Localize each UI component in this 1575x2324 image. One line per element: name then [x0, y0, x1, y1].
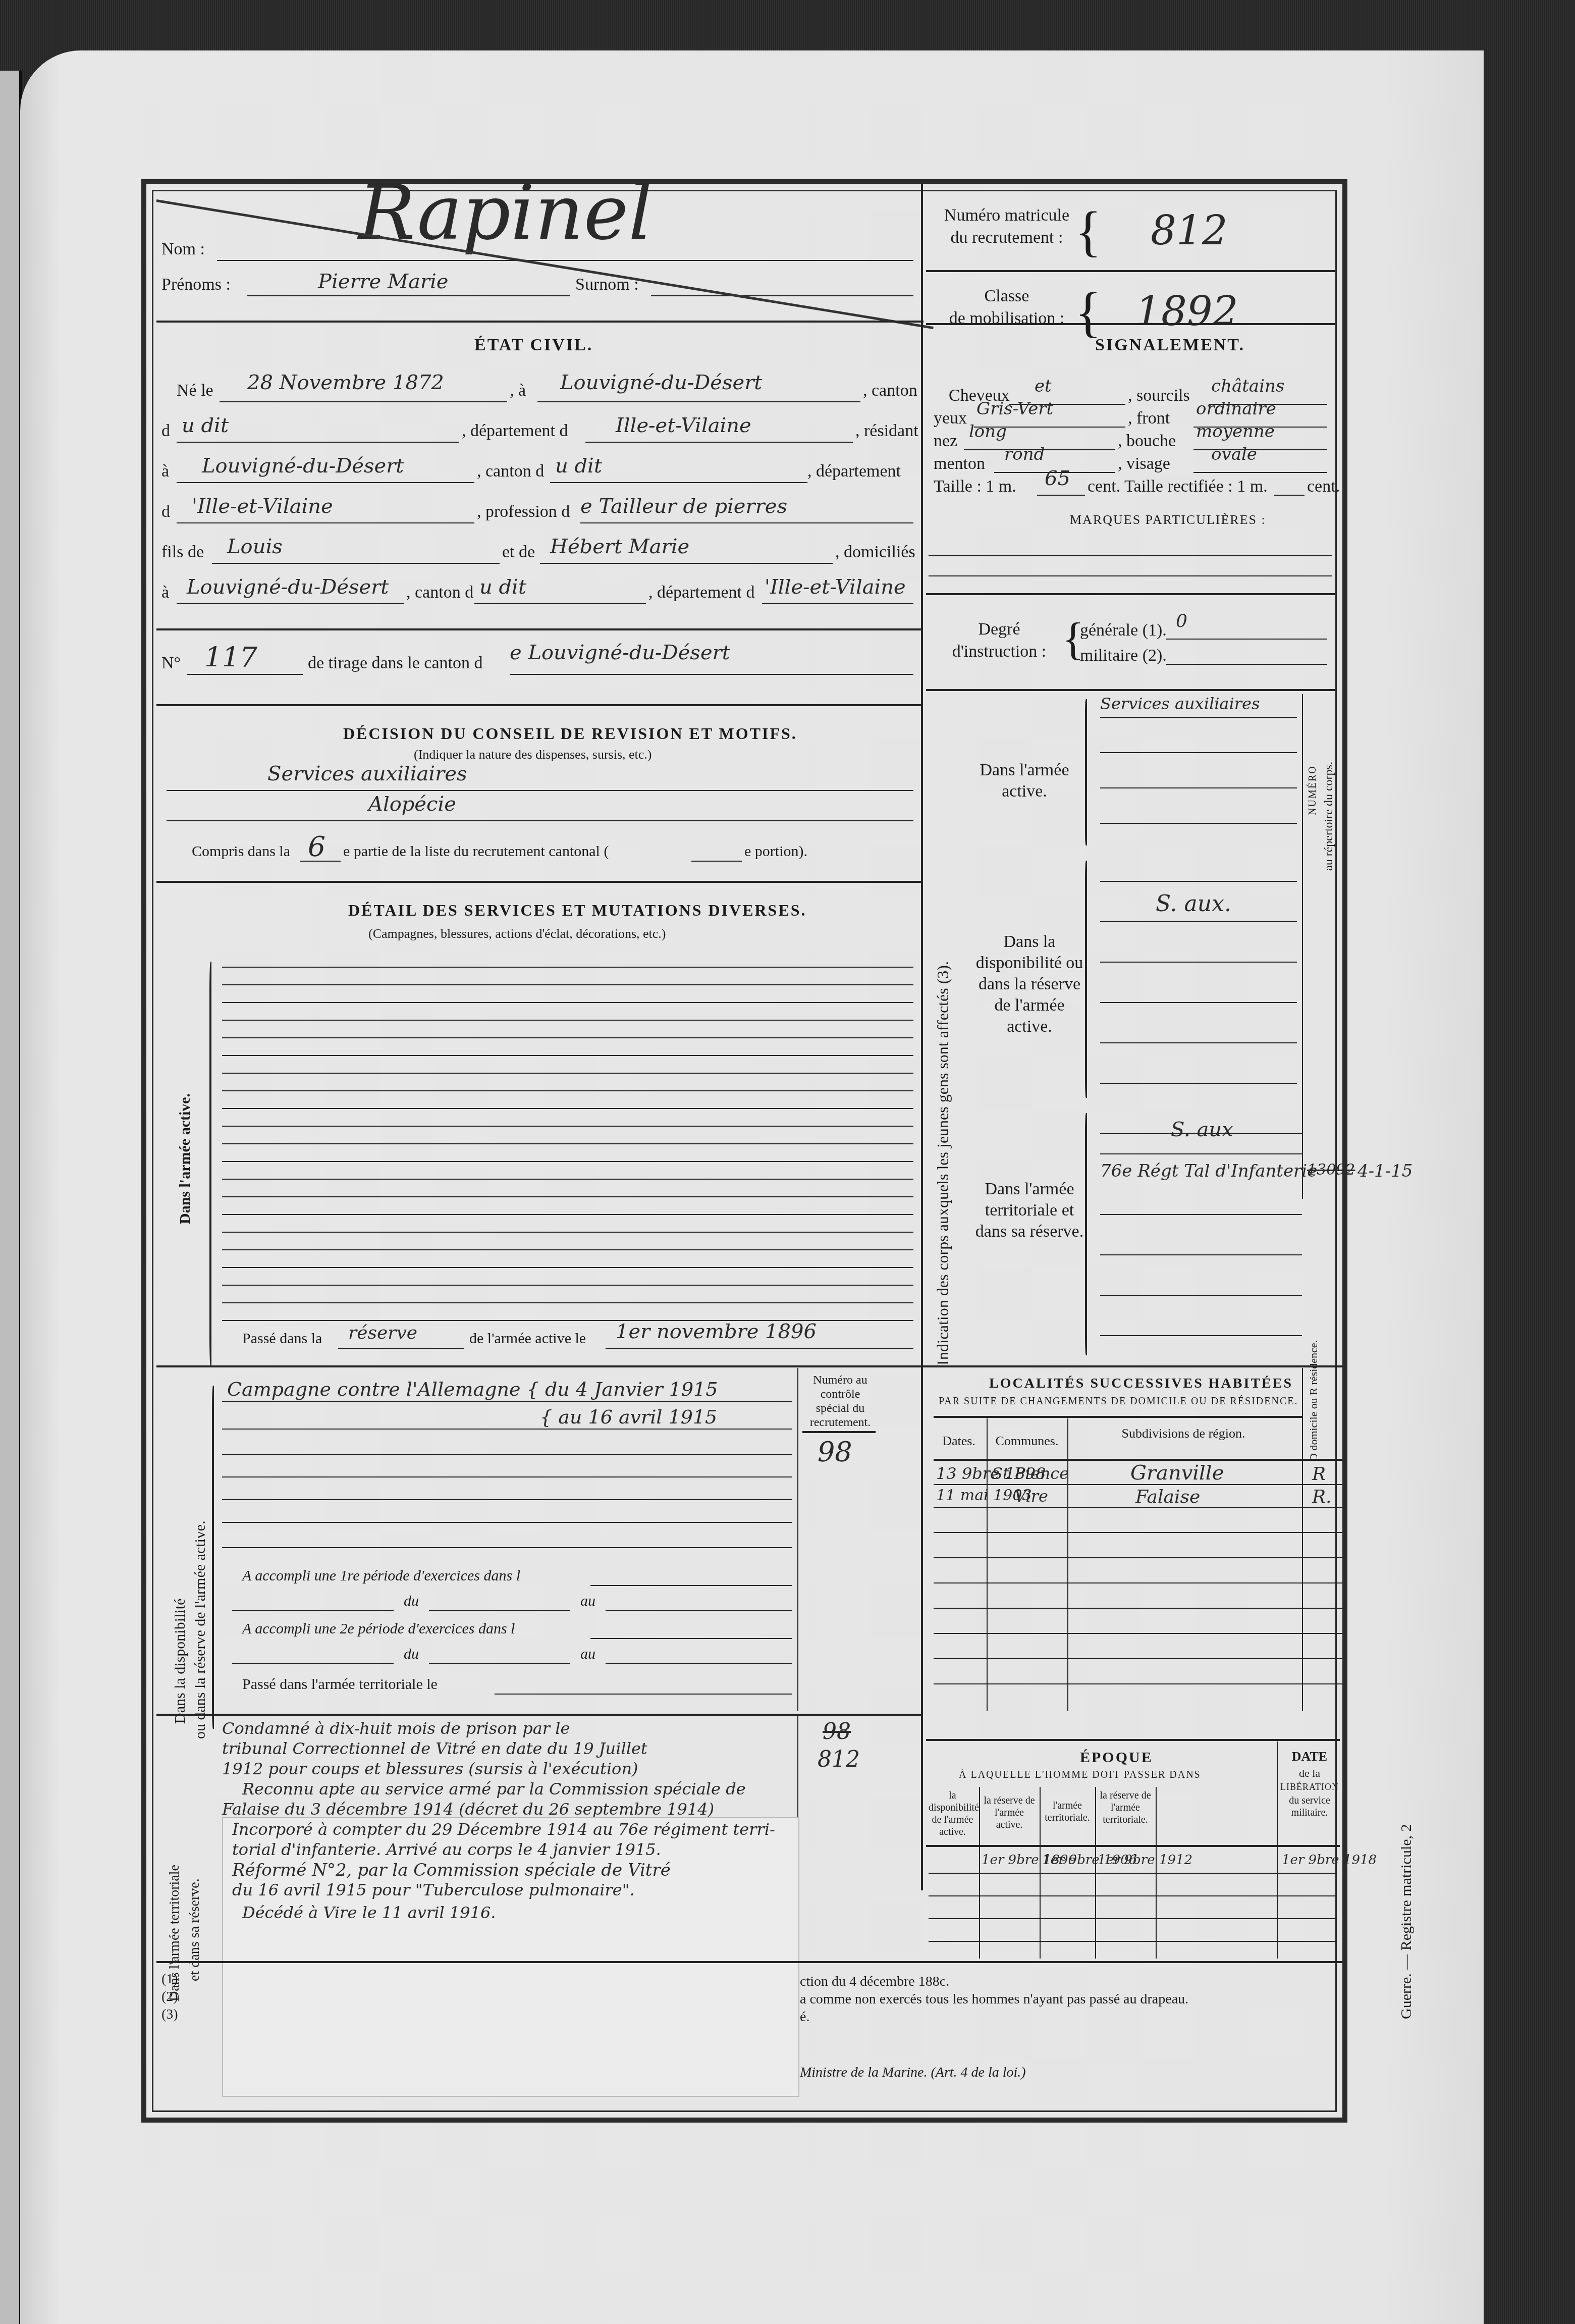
- col-dr: D domicile ou R résidence.: [1307, 1340, 1320, 1461]
- numero-controle-value: 98: [818, 1436, 852, 1468]
- epoque-title: ÉPOQUE: [1080, 1749, 1153, 1766]
- decision-title: DÉCISION DU CONSEIL DE REVISION ET MOTIF…: [343, 724, 797, 743]
- classe-label: Classe: [985, 287, 1029, 305]
- corps-territoriale-label: Dans l'armée territoriale et dans sa rés…: [974, 1179, 1085, 1242]
- yeux-value: Gris-Vert: [976, 399, 1053, 419]
- sourcils-value: châtains: [1211, 376, 1284, 396]
- margin-date-note: 4-1-15: [1357, 1161, 1413, 1181]
- margin-footer: Guerre. — Registre matricule, 2: [1398, 1824, 1415, 2019]
- corps-territoriale-value-1: S. aux: [1171, 1118, 1233, 1141]
- decision-line-2: Alopécie: [368, 793, 456, 816]
- tirage-canton: e Louvigné-du-Désert: [510, 641, 730, 664]
- epoque-reserve-territoriale-value: 1er 9bre 1912: [1098, 1853, 1192, 1868]
- residence-place: Louvigné-du-Désert: [202, 454, 404, 478]
- armee-active-side-label: Dans l'armée active.: [177, 1093, 194, 1224]
- epoque-col-reserve-active: la réserve de l'armée active.: [982, 1794, 1037, 1831]
- birth-place: Louvigné-du-Désert: [560, 371, 762, 394]
- localites-title: LOCALITÉS SUCCESSIVES HABITÉES: [989, 1376, 1293, 1392]
- epoque-col-reserve-territoriale: la réserve de l'armée territoriale.: [1098, 1789, 1153, 1826]
- register-page: Guerre. — Registre matricule, 2 Nom : Ra…: [20, 50, 1484, 2324]
- matricule-value: 812: [1151, 207, 1228, 254]
- col-subdivisions: Subdivisions de région.: [1070, 1426, 1297, 1441]
- adjacent-page-edge: [0, 71, 22, 2324]
- domicile-canton: u dit: [479, 575, 526, 599]
- classe-value: 1892: [1135, 288, 1238, 335]
- etat-civil-title: ÉTAT CIVIL.: [474, 336, 593, 355]
- decision-line-1: Services auxiliaires: [267, 762, 467, 785]
- partie-value: 6: [308, 830, 325, 863]
- front-value: ordinaire: [1196, 399, 1276, 419]
- prenoms-value: Pierre Marie: [318, 270, 448, 293]
- mother-name: Hébert Marie: [550, 535, 689, 558]
- corps-territoriale-value-2: 76e Régt Tal d'Infanterie: [1100, 1161, 1317, 1181]
- corps-vertical-title: Indication des corps auxquels les jeunes…: [934, 961, 952, 1365]
- domicile-place: Louvigné-du-Désert: [187, 575, 389, 599]
- col-communes: Communes.: [989, 1434, 1065, 1449]
- nom-label: Nom :: [161, 240, 205, 259]
- nez-value: long: [969, 421, 1007, 442]
- services-title: DÉTAIL DES SERVICES ET MUTATIONS DIVERSE…: [348, 901, 807, 920]
- passe-reserve-date: 1er novembre 1896: [616, 1320, 817, 1343]
- corps-reserve-label: Dans la disponibilité ou dans la réserve…: [974, 931, 1085, 1037]
- numero-controle-header: Numéro au contrôle spécial du recrutemen…: [802, 1373, 878, 1430]
- corps-active-label: Dans l'armée active.: [974, 760, 1075, 802]
- taille-value: 65: [1045, 467, 1070, 490]
- nom-value: Rapinel: [358, 169, 653, 257]
- domicile-departement: 'Ille-et-Vilaine: [765, 575, 906, 599]
- liberation-header: DATE: [1279, 1749, 1340, 1764]
- pasted-note: [222, 1817, 799, 2097]
- numero-controle-territoriale: 812: [818, 1747, 860, 1772]
- form-frame: Nom : Rapinel Prénoms : Pierre Marie Sur…: [141, 179, 1347, 2123]
- epoque-col-disponibilite: la disponibilité de l'armée active.: [929, 1789, 976, 1838]
- prenoms-label: Prénoms :: [161, 275, 231, 294]
- col-dates: Dates.: [934, 1434, 984, 1449]
- menton-value: rond: [1004, 444, 1045, 464]
- birth-date: 28 Novembre 1872: [247, 371, 444, 394]
- father-name: Louis: [227, 535, 283, 558]
- epoque-col-territoriale: l'armée territoriale.: [1042, 1800, 1093, 1824]
- corps-active-value: Services auxiliaires: [1100, 694, 1260, 713]
- birth-canton: u dit: [182, 414, 229, 437]
- matricule-label: Numéro matricule: [944, 206, 1069, 225]
- passe-reserve-value: réserve: [348, 1323, 417, 1343]
- corps-numero-struck: 13092: [1307, 1161, 1355, 1179]
- birth-departement: Ille-et-Vilaine: [616, 414, 751, 437]
- marques-title: MARQUES PARTICULIÈRES :: [1070, 512, 1266, 527]
- tirage-number: 117: [204, 641, 257, 673]
- liberation-value: 1er 9bre 1918: [1282, 1853, 1377, 1868]
- corps-reserve-value: S. aux.: [1156, 891, 1231, 917]
- instruction-generale-value: 0: [1176, 611, 1187, 631]
- degre-label: Degré: [978, 620, 1020, 639]
- bouche-value: moyenne: [1196, 421, 1275, 442]
- numero-controle-struck: 98: [823, 1719, 851, 1745]
- cheveux-value: et: [1035, 376, 1052, 396]
- residence-departement: 'Ille-et-Vilaine: [192, 495, 333, 518]
- campagne-line-2: { au 16 avril 1915: [540, 1406, 717, 1428]
- signalement-title: SIGNALEMENT.: [1095, 336, 1245, 355]
- profession: e Tailleur de pierres: [580, 495, 787, 518]
- campagne-line-1: Campagne contre l'Allemagne { du 4 Janvi…: [227, 1378, 718, 1400]
- visage-value: ovale: [1211, 444, 1257, 464]
- residence-canton: u dit: [555, 454, 602, 478]
